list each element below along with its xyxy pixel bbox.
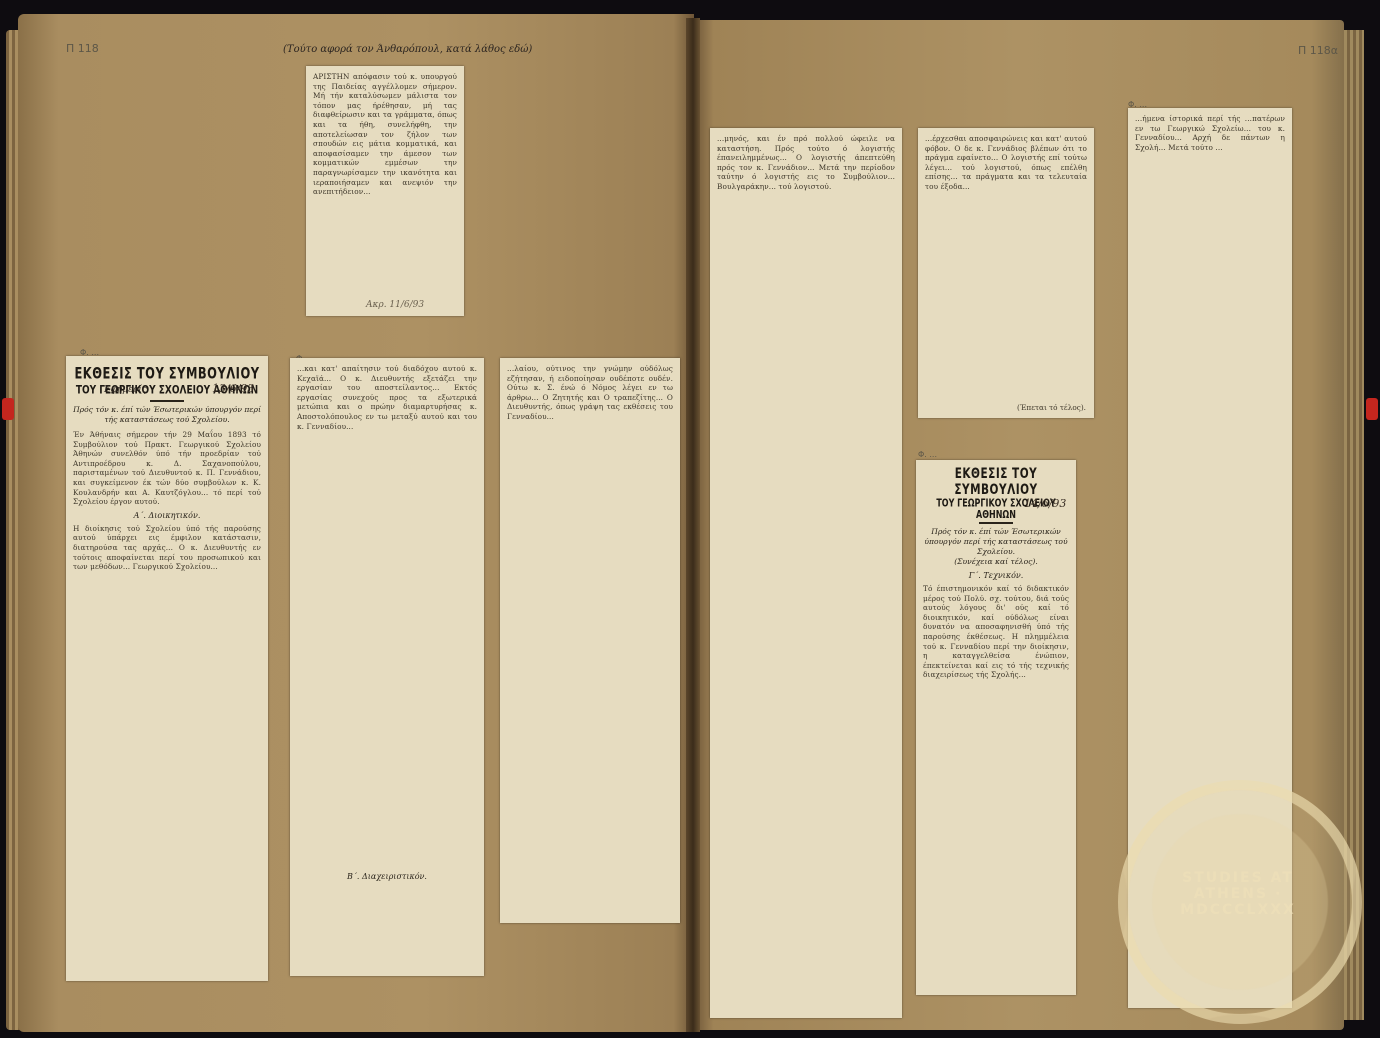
section-heading: Α΄. Διοικητικόν. bbox=[73, 511, 261, 520]
handwritten-date: 14/6/93 bbox=[1024, 497, 1066, 510]
report-body: ...και κατ' απαίτησιν τού διαδόχου αυτού… bbox=[297, 364, 477, 431]
report-intro: Έν Άθήναις σήμερον τήν 29 Μαΐου 1893 τό … bbox=[73, 430, 261, 507]
handwritten-date: 13/6/93 bbox=[212, 382, 254, 395]
report-body: ...ήμενα ίστορικά περί τής ...πατέρων εν… bbox=[1135, 114, 1285, 152]
clipping-report-part-c: ...λαίου, ούτινος την γνώμην ούδόλως εζή… bbox=[500, 358, 680, 923]
handwritten-newspaper-name: Εφημερίς bbox=[104, 385, 147, 395]
pencil-mark: Φ. ... bbox=[918, 450, 937, 459]
report-title: ΕΚΘΕΣΙΣ ΤΟΥ ΣΥΜΒΟΥΛΙΟΥ bbox=[73, 364, 261, 383]
left-bookmark-ribbon bbox=[2, 398, 14, 420]
report-title: ΕΚΘΕΣΙΣ ΤΟΥ ΣΥΜΒΟΥΛΙΟΥ bbox=[923, 466, 1069, 498]
clipping-body: ΑΡΙΣΤΗΝ απόφασιν τού κ. υπουργού της Παι… bbox=[313, 72, 457, 197]
report-body: ...λαίου, ούτινος την γνώμην ούδόλως εζή… bbox=[507, 364, 673, 422]
report-body: ...μηνός, και έν πρό πολλού ώφειλε να κα… bbox=[717, 134, 895, 192]
right-bookmark-ribbon bbox=[1366, 398, 1378, 420]
report-addressee: Πρός τόν κ. έπί τών Έσωτερικών ύπουργόν … bbox=[73, 405, 261, 425]
divider-rule bbox=[150, 400, 184, 402]
section-heading: Β΄. Διαχειριστικόν. bbox=[290, 872, 484, 881]
to-be-continued-note: (Έπεται τό τέλος). bbox=[1017, 403, 1086, 412]
continuation-note: (Συνέχεια καί τέλος). bbox=[923, 557, 1069, 567]
right-page-number: Π 118α bbox=[1298, 44, 1338, 57]
book-gutter bbox=[686, 18, 700, 1032]
clipping-report-part-a: ΕΚΘΕΣΙΣ ΤΟΥ ΣΥΜΒΟΥΛΙΟΥ ΤΟΥ ΓΕΩΡΓΙΚΟΥ ΣΧΟ… bbox=[66, 356, 268, 981]
clipping-report-part-d: ΕΚΘΕΣΙΣ ΤΟΥ ΣΥΜΒΟΥΛΙΟΥ ΤΟΥ ΓΕΩΡΓΙΚΟΥ ΣΧΟ… bbox=[916, 460, 1076, 995]
header-handwritten-annotation: (Τούτο αφορά τον Άνθαρόπουλ, κατά λάθος … bbox=[283, 44, 532, 55]
clipping-date-annotation: Ακρ. 11/6/93 bbox=[366, 300, 424, 310]
divider-rule bbox=[979, 522, 1013, 524]
library-stamp-text: STUDIES AT ATHENS · MDCCCLXXX bbox=[1148, 870, 1328, 918]
report-body: Η διοίκησις τού Σχολείου ύπό τής παρούση… bbox=[73, 524, 261, 572]
left-page-number: Π 118 bbox=[66, 42, 99, 55]
section-heading: Γ΄. Τεχνικόν. bbox=[923, 571, 1069, 580]
clipping-top: ΑΡΙΣΤΗΝ απόφασιν τού κ. υπουργού της Παι… bbox=[306, 66, 464, 316]
clipping-report-part-b: ...και κατ' απαίτησιν τού διαδόχου αυτού… bbox=[290, 358, 484, 976]
report-body: Τό έπιστημονικόν καί τό διδακτικόν μέρος… bbox=[923, 584, 1069, 680]
report-body: ...έρχεσθαι αποσφαιρώνεις και κατ' αυτού… bbox=[925, 134, 1087, 192]
report-addressee: Πρός τόν κ. έπί τών Έσωτερικών ύπουργόν … bbox=[923, 527, 1069, 557]
clipping-report-continuation-1: ...μηνός, και έν πρό πολλού ώφειλε να κα… bbox=[710, 128, 902, 1018]
clipping-report-continuation-2: ...έρχεσθαι αποσφαιρώνεις και κατ' αυτού… bbox=[918, 128, 1094, 418]
